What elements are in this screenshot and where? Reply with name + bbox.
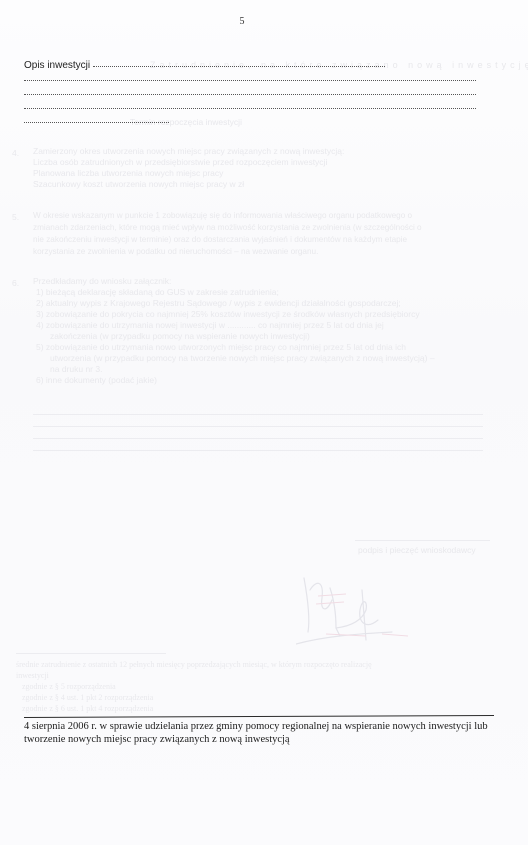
bleed-line: inwestycji	[16, 670, 49, 681]
description-line	[24, 101, 476, 115]
investment-description-field: Opis inwestycji	[24, 59, 476, 129]
investment-description-label: Opis inwestycji	[24, 60, 90, 71]
bleed-line: podpis i pieczęć wnioskodawcy	[358, 545, 476, 556]
bleed-line: 5.	[12, 212, 19, 223]
footnote-line: 4 sierpnia 2006 r. w sprawie udzielania …	[24, 721, 504, 734]
dotted-fill-line[interactable]	[24, 106, 476, 109]
footnote-line: tworzenie nowych miejsc pracy związanych…	[24, 734, 504, 747]
bleed-line: Szacunkowy koszt utworzenia nowych miejs…	[33, 179, 244, 190]
bleed-line: nie zakończeniu inwestycji w terminie) o…	[33, 234, 407, 245]
bleed-line: zgodnie z § 6 ust. 1 pkt 4 rozporządzeni…	[22, 703, 153, 714]
document-page: Zatrudnienie, na które związano nową inw…	[0, 0, 528, 845]
bleed-line: 2) aktualny wypis z Krajowego Rejestru S…	[36, 298, 401, 309]
dotted-fill-line[interactable]	[24, 92, 476, 95]
bleed-line: 6) inne dokumenty (podać jakie)	[36, 375, 157, 386]
bleed-line: 4.	[12, 148, 19, 159]
bleed-line: zgodnie z § 4 ust. 1 pkt 2 rozporządzeni…	[22, 692, 153, 703]
dotted-fill-line[interactable]	[24, 78, 476, 81]
bleed-line: utworzenia (w przypadku pomocy na tworze…	[50, 353, 435, 364]
footnote-separator	[24, 715, 494, 718]
description-line-last	[24, 115, 476, 129]
bleed-line: Zamierzony okres utworzenia nowych miejs…	[33, 146, 344, 157]
signature-bleed-icon	[296, 570, 436, 650]
bleed-line: zgodnie z § 5 rozporządzenia	[22, 681, 116, 692]
bleed-rule	[33, 426, 483, 427]
bleed-line: zakończenia (w przypadku pomocy na wspie…	[50, 331, 310, 342]
bleed-line: W okresie wskazanym w punkcie 1 zobowiąz…	[33, 210, 412, 221]
dotted-fill-line[interactable]	[24, 120, 169, 123]
bleed-line: Planowana liczba utworzenia nowych miejs…	[33, 168, 223, 179]
dotted-fill-line[interactable]	[93, 64, 385, 67]
footnote: 4 sierpnia 2006 r. w sprawie udzielania …	[24, 721, 504, 746]
bleed-line: 6.	[12, 278, 19, 289]
description-line-first: Opis inwestycji	[24, 59, 476, 73]
description-line	[24, 87, 476, 101]
bleed-line: 1) bieżącą deklarację składaną do GUS w …	[36, 287, 279, 298]
bleed-rule	[355, 540, 490, 541]
bleed-rule	[33, 438, 483, 439]
bleed-line: 4) zobowiązanie do utrzymania nowej inwe…	[36, 320, 384, 331]
bleed-rule	[33, 450, 483, 451]
bleed-rule	[33, 414, 483, 415]
bleed-line: na druku nr 3.	[50, 364, 102, 375]
bleed-line: Przedkładamy do wniosku załącznik:	[33, 276, 171, 287]
bleed-line: 5) zobowiązanie do utrzymania nowo utwor…	[36, 342, 406, 353]
bleed-rule	[16, 653, 166, 654]
bleed-line: zmianach zdarzeniach, które mogą mieć wp…	[33, 222, 422, 233]
bleed-line: 3) zobowiązanie do pokrycia co najmniej …	[36, 309, 420, 320]
description-line	[24, 73, 476, 87]
bleed-line: średnie zatrudnienie z ostatnich 12 pełn…	[16, 659, 372, 670]
bleed-line: Liczba osób zatrudnionych w przedsiębior…	[33, 157, 327, 168]
page-number: 5	[0, 16, 484, 27]
bleed-line: korzystania ze zwolnienia w podatku od n…	[33, 246, 318, 257]
